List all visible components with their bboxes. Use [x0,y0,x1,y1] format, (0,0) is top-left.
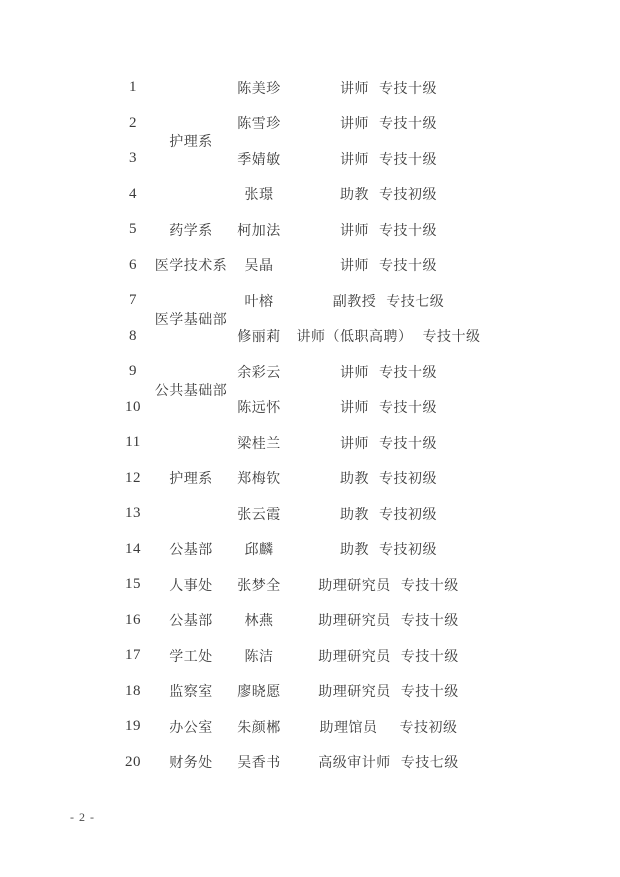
title-rank-cell: 副教授专技七级 [289,283,488,319]
title-rank-cell: 助理研究员专技十级 [289,567,488,603]
title-text: 助教 [340,472,369,487]
rank-text: 专技十级 [401,650,459,665]
document-page: 1护理系陈美珍讲师专技十级2陈雪珍讲师专技十级3季婧敏讲师专技十级4张璟助教专技… [0,0,620,877]
department-cell: 办公室 [153,709,229,745]
title-rank-cell: 高级审计师专技七级 [289,745,488,781]
rank-text: 专技十级 [379,224,437,239]
title-rank-cell: 讲师专技十级 [289,425,488,461]
title-text: 副教授 [333,295,377,310]
name-cell: 季婧敏 [229,141,289,177]
title-rank-cell: 助教专技初级 [289,496,488,532]
name-cell: 张璟 [229,177,289,213]
rank-text: 专技初级 [400,721,458,736]
name-cell: 陈美珍 [229,70,289,106]
department-cell: 药学系 [153,212,229,248]
table-row: 19办公室朱颜郴助理馆员专技初级 [113,709,488,745]
row-number-cell: 19 [113,709,153,745]
title-rank-cell: 讲师专技十级 [289,106,488,142]
row-number-cell: 9 [113,354,153,390]
department-cell: 医学技术系 [153,248,229,284]
department-cell: 护理系 [153,425,229,532]
name-cell: 柯加法 [229,212,289,248]
rank-text: 专技初级 [379,543,437,558]
rank-text: 专技十级 [401,614,459,629]
rank-text: 专技七级 [386,295,444,310]
title-text: 讲师 [340,153,369,168]
department-cell: 公共基础部 [153,354,229,425]
title-text: 助教 [340,508,369,523]
title-rank-cell: 讲师专技十级 [289,70,488,106]
name-cell: 张梦全 [229,567,289,603]
title-rank-cell: 讲师专技十级 [289,354,488,390]
row-number-cell: 13 [113,496,153,532]
name-cell: 余彩云 [229,354,289,390]
title-text: 助理研究员 [318,650,391,665]
department-cell: 监察室 [153,674,229,710]
row-number-cell: 3 [113,141,153,177]
row-number-cell: 20 [113,745,153,781]
department-cell: 人事处 [153,567,229,603]
table-row: 9公共基础部余彩云讲师专技十级 [113,354,488,390]
table-row: 11护理系梁桂兰讲师专技十级 [113,425,488,461]
rank-text: 专技十级 [401,579,459,594]
staff-table: 1护理系陈美珍讲师专技十级2陈雪珍讲师专技十级3季婧敏讲师专技十级4张璟助教专技… [113,70,488,780]
table-row: 16公基部林燕助理研究员专技十级 [113,603,488,639]
page-number: - 2 - [70,810,95,825]
department-cell: 公基部 [153,603,229,639]
name-cell: 吴香书 [229,745,289,781]
rank-text: 专技初级 [379,508,437,523]
row-number-cell: 7 [113,283,153,319]
title-text: 助理研究员 [318,579,391,594]
title-text: 讲师 [340,437,369,452]
table-row: 17学工处陈洁助理研究员专技十级 [113,638,488,674]
title-rank-cell: 讲师专技十级 [289,141,488,177]
title-rank-cell: 讲师（低职高聘）专技十级 [289,319,488,355]
table-row: 6医学技术系吴晶讲师专技十级 [113,248,488,284]
title-text: 讲师 [340,117,369,132]
rank-text: 专技十级 [379,259,437,274]
title-text: 高级审计师 [318,756,391,771]
title-rank-cell: 助理研究员专技十级 [289,674,488,710]
rank-text: 专技七级 [401,756,459,771]
title-rank-cell: 助理馆员专技初级 [289,709,488,745]
title-text: 讲师（低职高聘） [297,330,413,345]
title-text: 助理研究员 [318,614,391,629]
department-cell: 公基部 [153,532,229,568]
name-cell: 陈远怀 [229,390,289,426]
row-number-cell: 12 [113,461,153,497]
title-text: 讲师 [340,82,369,97]
department-cell: 医学基础部 [153,283,229,354]
name-cell: 陈洁 [229,638,289,674]
title-rank-cell: 助教专技初级 [289,461,488,497]
title-text: 助教 [340,543,369,558]
row-number-cell: 15 [113,567,153,603]
name-cell: 修丽莉 [229,319,289,355]
row-number-cell: 16 [113,603,153,639]
department-cell: 学工处 [153,638,229,674]
rank-text: 专技十级 [379,437,437,452]
row-number-cell: 10 [113,390,153,426]
table-row: 15人事处张梦全助理研究员专技十级 [113,567,488,603]
name-cell: 叶榕 [229,283,289,319]
rank-text: 专技十级 [379,401,437,416]
rank-text: 专技初级 [379,188,437,203]
rank-text: 专技十级 [379,153,437,168]
rank-text: 专技十级 [379,117,437,132]
title-text: 助教 [340,188,369,203]
title-text: 讲师 [340,259,369,274]
name-cell: 吴晶 [229,248,289,284]
rank-text: 专技十级 [401,685,459,700]
table-row: 5药学系柯加法讲师专技十级 [113,212,488,248]
table-row: 14公基部邱麟助教专技初级 [113,532,488,568]
title-rank-cell: 助理研究员专技十级 [289,638,488,674]
title-text: 讲师 [340,224,369,239]
row-number-cell: 17 [113,638,153,674]
name-cell: 张云霞 [229,496,289,532]
rank-text: 专技十级 [379,82,437,97]
row-number-cell: 4 [113,177,153,213]
row-number-cell: 5 [113,212,153,248]
title-rank-cell: 助教专技初级 [289,177,488,213]
title-rank-cell: 助理研究员专技十级 [289,603,488,639]
name-cell: 郑梅钦 [229,461,289,497]
title-rank-cell: 讲师专技十级 [289,390,488,426]
row-number-cell: 1 [113,70,153,106]
row-number-cell: 6 [113,248,153,284]
department-cell: 财务处 [153,745,229,781]
rank-text: 专技十级 [379,366,437,381]
title-text: 讲师 [340,401,369,416]
title-rank-cell: 讲师专技十级 [289,248,488,284]
name-cell: 林燕 [229,603,289,639]
table-row: 20财务处吴香书高级审计师专技七级 [113,745,488,781]
title-text: 助理馆员 [320,721,378,736]
row-number-cell: 18 [113,674,153,710]
name-cell: 廖晓愿 [229,674,289,710]
name-cell: 朱颜郴 [229,709,289,745]
name-cell: 邱麟 [229,532,289,568]
title-rank-cell: 讲师专技十级 [289,212,488,248]
rank-text: 专技初级 [379,472,437,487]
row-number-cell: 2 [113,106,153,142]
title-rank-cell: 助教专技初级 [289,532,488,568]
table-row: 7医学基础部叶榕副教授专技七级 [113,283,488,319]
title-text: 助理研究员 [318,685,391,700]
title-text: 讲师 [340,366,369,381]
staff-table-body: 1护理系陈美珍讲师专技十级2陈雪珍讲师专技十级3季婧敏讲师专技十级4张璟助教专技… [113,70,488,780]
name-cell: 梁桂兰 [229,425,289,461]
department-cell: 护理系 [153,70,229,212]
row-number-cell: 8 [113,319,153,355]
table-row: 1护理系陈美珍讲师专技十级 [113,70,488,106]
table-row: 18监察室廖晓愿助理研究员专技十级 [113,674,488,710]
name-cell: 陈雪珍 [229,106,289,142]
rank-text: 专技十级 [423,330,481,345]
row-number-cell: 14 [113,532,153,568]
row-number-cell: 11 [113,425,153,461]
